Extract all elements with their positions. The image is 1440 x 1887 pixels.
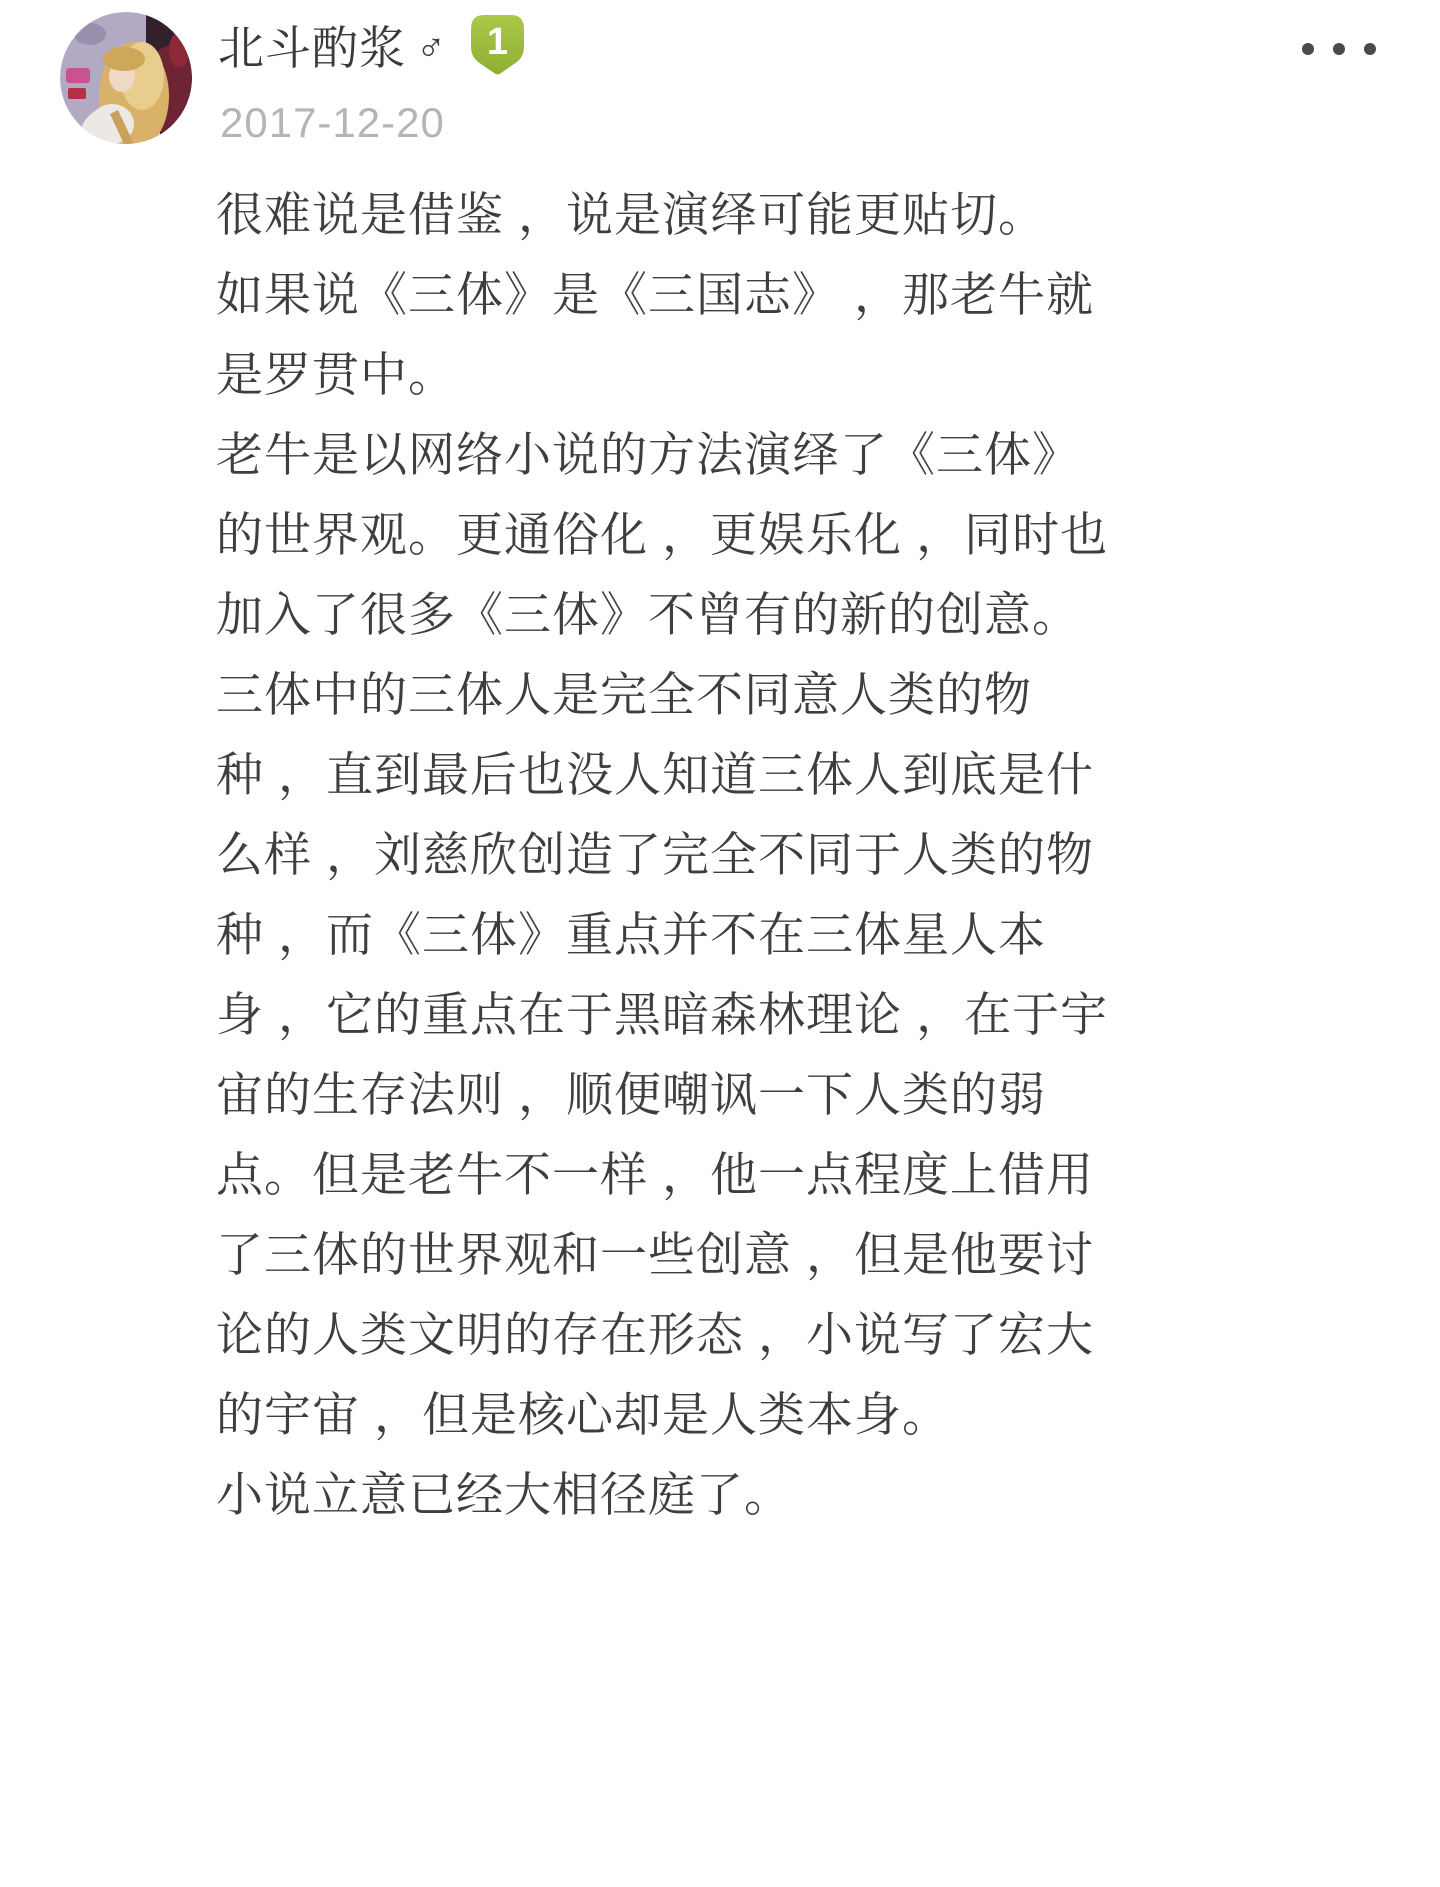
ellipsis-dot-icon	[1364, 43, 1376, 55]
post-line: 很难说是借鉴 ，说是演绎可能更贴切。	[216, 175, 1226, 255]
post-line: 的世界观。更通俗化 ，更娱乐化 ，同时也	[216, 495, 1226, 575]
level-number: 1	[470, 18, 525, 66]
username[interactable]: 北斗酌浆	[218, 22, 406, 74]
name-row: 北斗酌浆 ♂ 1	[218, 20, 525, 76]
avatar-image	[60, 12, 192, 144]
post-line: 三体中的三体人是完全不同意人类的物	[216, 655, 1226, 735]
post-line: 加入了很多《三体》不曾有的新的创意。	[216, 575, 1226, 655]
avatar[interactable]	[60, 12, 192, 144]
post-line: 种 ，直到最后也没人知道三体人到底是什	[216, 735, 1226, 815]
post-line: 的宇宙 ，但是核心却是人类本身。	[216, 1375, 1226, 1455]
post-line: 种 ，而《三体》重点并不在三体星人本	[216, 895, 1226, 975]
post-line: 点。但是老牛不一样 ，他一点程度上借用	[216, 1135, 1226, 1215]
post-line: 宙的生存法则 ，顺便嘲讽一下人类的弱	[216, 1055, 1226, 1135]
post-date: 2017-12-20	[220, 100, 445, 146]
post-line: 论的人类文明的存在形态 ，小说写了宏大	[216, 1295, 1226, 1375]
post-line: 是罗贯中。	[216, 335, 1226, 415]
ellipsis-dot-icon	[1333, 43, 1345, 55]
post-body: 很难说是借鉴 ，说是演绎可能更贴切。 如果说《三体》是《三国志》 ，那老牛就 是…	[216, 175, 1226, 1535]
post-page: 北斗酌浆 ♂ 1 2017-12-20	[0, 0, 1440, 1887]
post-line: 小说立意已经大相径庭了。	[216, 1455, 1226, 1535]
post-line: 身 ，它的重点在于黑暗森林理论 ，在于宇	[216, 975, 1226, 1055]
post-line: 老牛是以网络小说的方法演绎了《三体》	[216, 415, 1226, 495]
post-line: 如果说《三体》是《三国志》 ，那老牛就	[216, 255, 1226, 335]
level-badge: 1	[470, 14, 525, 76]
more-options-button[interactable]	[1302, 34, 1376, 64]
post-line: 了三体的世界观和一些创意 ，但是他要讨	[216, 1215, 1226, 1295]
post-line: 么样 ，刘慈欣创造了完全不同于人类的物	[216, 815, 1226, 895]
gender-male-icon: ♂	[416, 22, 446, 74]
ellipsis-dot-icon	[1302, 43, 1314, 55]
